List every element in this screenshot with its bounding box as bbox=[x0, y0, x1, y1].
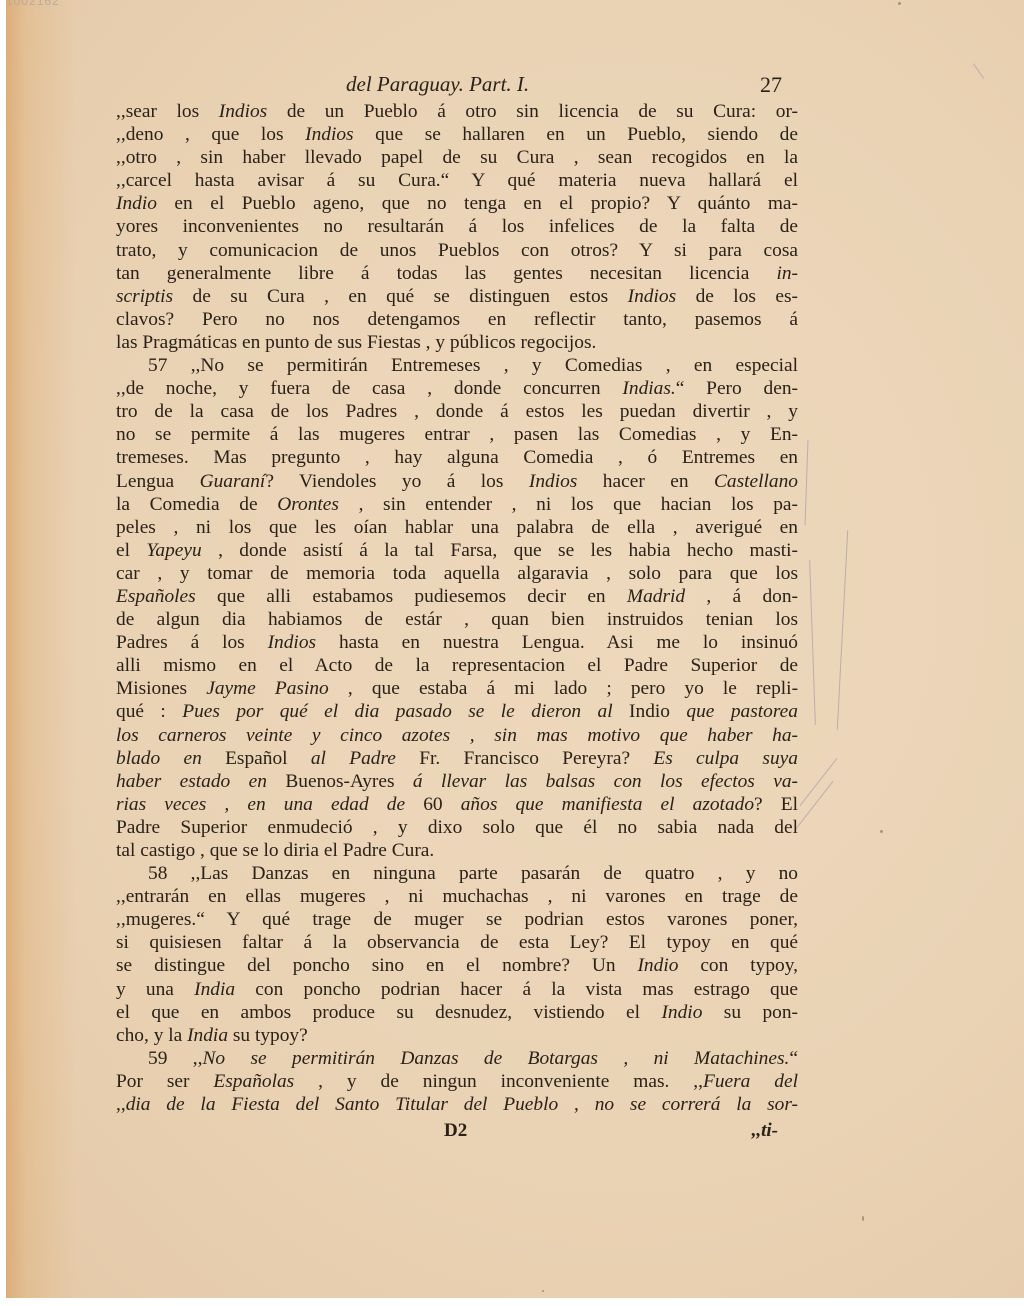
italic-text: Indios bbox=[219, 101, 267, 122]
roman-text: ,,deno , que los bbox=[116, 124, 305, 145]
text-line: ,,carcel hasta avisar á su Cura.“ Y qué … bbox=[116, 169, 798, 192]
roman-text: , sin entender , ni los que hacian los p… bbox=[339, 494, 798, 515]
text-line: haber estado en Buenos-Ayres á llevar la… bbox=[116, 770, 798, 793]
running-head: del Paraguay. Part. I. bbox=[346, 72, 529, 97]
paper-speck bbox=[862, 1216, 864, 1221]
text-line: tan generalmente libre á todas las gente… bbox=[116, 262, 798, 285]
roman-text: peles , ni los que les oían hablar una p… bbox=[116, 517, 798, 538]
text-line: tremeses. Mas pregunto , hay alguna Come… bbox=[116, 446, 798, 469]
roman-text: si quisiesen faltar á la observancia de … bbox=[116, 932, 798, 953]
italic-text: Yapeyu bbox=[146, 540, 201, 561]
roman-text: hacer en bbox=[577, 471, 714, 492]
italic-text: India bbox=[187, 1025, 228, 1046]
text-line: tal castigo , que se lo diria el Padre C… bbox=[116, 839, 798, 862]
roman-text: , que estaba á mi lado ; pero yo le repl… bbox=[329, 678, 798, 699]
roman-text: ,,mugeres.“ Y qué trage de muger se podr… bbox=[116, 909, 798, 930]
text-line: si quisiesen faltar á la observancia de … bbox=[116, 931, 798, 954]
text-line: ,,entrarán en ellas mugeres , ni muchach… bbox=[116, 885, 798, 908]
italic-text: los carneros veinte y cinco azotes , sin… bbox=[116, 725, 798, 746]
italic-text: Es culpa suya bbox=[653, 748, 798, 769]
italic-text: Castellano bbox=[714, 471, 798, 492]
italic-text: Españoles bbox=[116, 586, 196, 607]
roman-text: clavos? Pero no nos detengamos en reflec… bbox=[116, 309, 798, 330]
text-line: ,,sear los Indios de un Pueblo á otro si… bbox=[116, 100, 798, 123]
roman-text: , y de ningun inconveniente mas. ,, bbox=[294, 1071, 703, 1092]
paper-speck bbox=[542, 1290, 544, 1292]
text-line: no se permite á las mugeres entrar , pas… bbox=[116, 423, 798, 446]
text-line: ,,deno , que los Indios que se hallaren … bbox=[116, 123, 798, 146]
roman-text: las Pragmáticas en punto de sus Fiestas … bbox=[116, 332, 596, 353]
roman-text: “ Pero den- bbox=[676, 378, 798, 399]
text-line: rias veces , en una edad de 60 años que … bbox=[116, 793, 798, 816]
signature-mark: D2 bbox=[444, 1120, 467, 1142]
roman-text: con typoy, bbox=[678, 955, 798, 976]
roman-text: Fr. Francisco Pereyra? bbox=[396, 748, 653, 769]
text-line: Por ser Españolas , y de ningun inconven… bbox=[116, 1070, 798, 1093]
italic-text: rias veces , en una edad de bbox=[116, 794, 405, 815]
italic-text: India bbox=[194, 979, 235, 1000]
roman-text: tan generalmente libre á todas las gente… bbox=[116, 263, 776, 284]
roman-text: Buenos-Ayres bbox=[267, 771, 413, 792]
roman-text: 58 ,,Las Danzas en ninguna parte pasarán… bbox=[148, 863, 798, 884]
text-line: 59 ,,No se permitirán Danzas de Botargas… bbox=[116, 1047, 798, 1070]
text-line: ,,dia de la Fiesta del Santo Titular del… bbox=[116, 1093, 798, 1116]
text-line: trato, y comunicacion de unos Pueblos co… bbox=[116, 239, 798, 262]
text-line: qué : Pues por qué el dia pasado se le d… bbox=[116, 700, 798, 723]
italic-text: á llevar las balsas con los efectos va- bbox=[413, 771, 798, 792]
text-line: tro de la casa de los Padres , donde á e… bbox=[116, 400, 798, 423]
italic-text: Pues por qué el dia pasado se le dieron … bbox=[182, 701, 612, 722]
roman-text: cho, y la bbox=[116, 1025, 187, 1046]
text-line: Indio en el Pueblo ageno, que no tenga e… bbox=[116, 192, 798, 215]
text-line: ,,mugeres.“ Y qué trage de muger se podr… bbox=[116, 908, 798, 931]
roman-text: se distingue del poncho sino en el nombr… bbox=[116, 955, 637, 976]
page-number: 27 bbox=[760, 72, 782, 98]
roman-text: tremeses. Mas pregunto , hay alguna Come… bbox=[116, 447, 798, 468]
page-footer: D2 ,,ti- bbox=[116, 1118, 798, 1144]
text-line: 57 ,,No se permitirán Entremeses , y Com… bbox=[116, 354, 798, 377]
text-line: yores inconvenientes no resultarán á los… bbox=[116, 215, 798, 238]
roman-text: su pon- bbox=[702, 1002, 798, 1023]
roman-text: ,, bbox=[116, 1094, 126, 1115]
roman-text: , bbox=[558, 1094, 595, 1115]
paper-speck bbox=[898, 2, 901, 5]
roman-text: , á don- bbox=[685, 586, 798, 607]
book-page: del Paraguay. Part. I. 27 ,,sear los Ind… bbox=[116, 70, 798, 1144]
text-line: Misiones Jayme Pasino , que estaba á mi … bbox=[116, 677, 798, 700]
text-line: y una India con poncho podrian hacer á l… bbox=[116, 978, 798, 1001]
roman-text: la Comedia de bbox=[116, 494, 277, 515]
text-line: Españoles que alli estabamos pudiesemos … bbox=[116, 585, 798, 608]
italic-text: Indio bbox=[661, 1002, 702, 1023]
roman-text: el que en ambos produce su desnudez, vis… bbox=[116, 1002, 661, 1023]
text-line: 58 ,,Las Danzas en ninguna parte pasarán… bbox=[116, 862, 798, 885]
roman-text: alli mismo en el Acto de la representaci… bbox=[116, 655, 798, 676]
text-line: alli mismo en el Acto de la representaci… bbox=[116, 654, 798, 677]
roman-text: 57 ,,No se permitirán Entremeses , y Com… bbox=[148, 355, 798, 376]
text-line: clavos? Pero no nos detengamos en reflec… bbox=[116, 308, 798, 331]
roman-text: el bbox=[116, 540, 146, 561]
text-line: la Comedia de Orontes , sin entender , n… bbox=[116, 493, 798, 516]
roman-text: Lengua bbox=[116, 471, 200, 492]
roman-text: , donde asistí á la tal Farsa, que se le… bbox=[202, 540, 798, 561]
italic-text: años que manifiesta el azotado bbox=[461, 794, 754, 815]
roman-text: tal castigo , que se lo diria el Padre C… bbox=[116, 840, 434, 861]
pencil-mark bbox=[973, 63, 984, 78]
italic-text: que pastorea bbox=[686, 701, 798, 722]
roman-text: 59 ,, bbox=[148, 1048, 202, 1069]
roman-text: de los es- bbox=[676, 286, 798, 307]
roman-text: que se hallaren en un Pueblo, siendo de bbox=[354, 124, 798, 145]
roman-text: tro de la casa de los Padres , donde á e… bbox=[116, 401, 798, 422]
roman-text: trato, y comunicacion de unos Pueblos co… bbox=[116, 240, 798, 261]
roman-text: 60 bbox=[405, 794, 461, 815]
roman-text: Por ser bbox=[116, 1071, 213, 1092]
pencil-mark bbox=[805, 440, 809, 525]
italic-text: Indios bbox=[628, 286, 676, 307]
roman-text: ,,de noche, y fuera de casa , donde conc… bbox=[116, 378, 622, 399]
italic-text: in- bbox=[776, 263, 798, 284]
text-line: Padre Superior enmudeció , y dixo solo q… bbox=[116, 816, 798, 839]
italic-text: Madrid bbox=[627, 586, 685, 607]
italic-text: Indios bbox=[268, 632, 316, 653]
library-stamp-fragment: 1002162 bbox=[6, 0, 60, 8]
text-line: peles , ni los que les oían hablar una p… bbox=[116, 516, 798, 539]
italic-text: no se correrá la sor- bbox=[595, 1094, 798, 1115]
text-line: de algun dia habiamos de estár , quan bi… bbox=[116, 608, 798, 631]
roman-text: con poncho podrian hacer á la vista mas … bbox=[235, 979, 798, 1000]
roman-text: Español bbox=[202, 748, 311, 769]
italic-text: Indios bbox=[529, 471, 577, 492]
text-line: Padres á los Indios hasta en nuestra Len… bbox=[116, 631, 798, 654]
roman-text: qué : bbox=[116, 701, 182, 722]
italic-text: Indio bbox=[116, 193, 157, 214]
roman-text: en el Pueblo ageno, que no tenga en el p… bbox=[157, 193, 798, 214]
pencil-mark bbox=[837, 530, 848, 730]
pencil-mark bbox=[796, 781, 834, 829]
text-line: el Yapeyu , donde asistí á la tal Farsa,… bbox=[116, 539, 798, 562]
italic-text: scriptis bbox=[116, 286, 173, 307]
roman-text: car , y tomar de memoria toda aquella al… bbox=[116, 563, 798, 584]
roman-text: de un Pueblo á otro sin licencia de su C… bbox=[267, 101, 798, 122]
roman-text: hasta en nuestra Lengua. Asi me lo insin… bbox=[316, 632, 798, 653]
catchword: ,,ti- bbox=[752, 1120, 778, 1142]
text-line: las Pragmáticas en punto de sus Fiestas … bbox=[116, 331, 798, 354]
text-line: los carneros veinte y cinco azotes , sin… bbox=[116, 724, 798, 747]
roman-text: su typoy? bbox=[228, 1025, 308, 1046]
italic-text: Orontes bbox=[277, 494, 339, 515]
text-line: ,,otro , sin haber llevado papel de su C… bbox=[116, 146, 798, 169]
italic-text: Jayme Pasino bbox=[206, 678, 329, 699]
roman-text: Padre Superior enmudeció , y dixo solo q… bbox=[116, 817, 798, 838]
italic-text: dia de la Fiesta del Santo Titular del P… bbox=[126, 1094, 559, 1115]
text-line: cho, y la India su typoy? bbox=[116, 1024, 798, 1047]
roman-text: ,,sear los bbox=[116, 101, 219, 122]
text-line: el que en ambos produce su desnudez, vis… bbox=[116, 1001, 798, 1024]
text-line: blado en Español al Padre Fr. Francisco … bbox=[116, 747, 798, 770]
pencil-mark bbox=[809, 560, 816, 725]
roman-text: Misiones bbox=[116, 678, 206, 699]
italic-text: No se permitirán Danzas de Botargas , ni… bbox=[202, 1048, 789, 1069]
text-line: scriptis de su Cura , en qué se distingu… bbox=[116, 285, 798, 308]
italic-text: blado en bbox=[116, 748, 202, 769]
roman-text: ? El bbox=[754, 794, 798, 815]
roman-text: yores inconvenientes no resultarán á los… bbox=[116, 216, 798, 237]
text-line: ,,de noche, y fuera de casa , donde conc… bbox=[116, 377, 798, 400]
roman-text: Padres á los bbox=[116, 632, 268, 653]
italic-text: Guaraní bbox=[200, 471, 266, 492]
roman-text: no se permite á las mugeres entrar , pas… bbox=[116, 424, 798, 445]
body-text: ,,sear los Indios de un Pueblo á otro si… bbox=[116, 100, 798, 1116]
roman-text: ,,carcel hasta avisar á su Cura.“ Y qué … bbox=[116, 170, 798, 191]
roman-text: que alli estabamos pudiesemos decir en bbox=[196, 586, 627, 607]
text-line: se distingue del poncho sino en el nombr… bbox=[116, 954, 798, 977]
italic-text: Indios bbox=[305, 124, 353, 145]
page-header: del Paraguay. Part. I. 27 bbox=[116, 70, 798, 100]
roman-text: ,,entrarán en ellas mugeres , ni muchach… bbox=[116, 886, 798, 907]
scanned-page: 1002162 del Paraguay. Part. I. 27 ,,sear… bbox=[6, 0, 1024, 1298]
roman-text: de su Cura , en qué se distinguen estos bbox=[173, 286, 628, 307]
roman-text: y una bbox=[116, 979, 194, 1000]
roman-text: ,,otro , sin haber llevado papel de su C… bbox=[116, 147, 798, 168]
italic-text: haber estado en bbox=[116, 771, 267, 792]
italic-text: Españolas bbox=[213, 1071, 294, 1092]
roman-text: ? Viendoles yo á los bbox=[265, 471, 529, 492]
italic-text: al Padre bbox=[311, 748, 396, 769]
roman-text: “ bbox=[789, 1048, 798, 1069]
text-line: Lengua Guaraní? Viendoles yo á los Indio… bbox=[116, 470, 798, 493]
paper-speck bbox=[880, 830, 883, 833]
italic-text: Indio bbox=[637, 955, 678, 976]
roman-text: Indio bbox=[613, 701, 687, 722]
italic-text: Fuera del bbox=[703, 1071, 798, 1092]
italic-text: Indias. bbox=[622, 378, 675, 399]
roman-text: de algun dia habiamos de estár , quan bi… bbox=[116, 609, 798, 630]
text-line: car , y tomar de memoria toda aquella al… bbox=[116, 562, 798, 585]
